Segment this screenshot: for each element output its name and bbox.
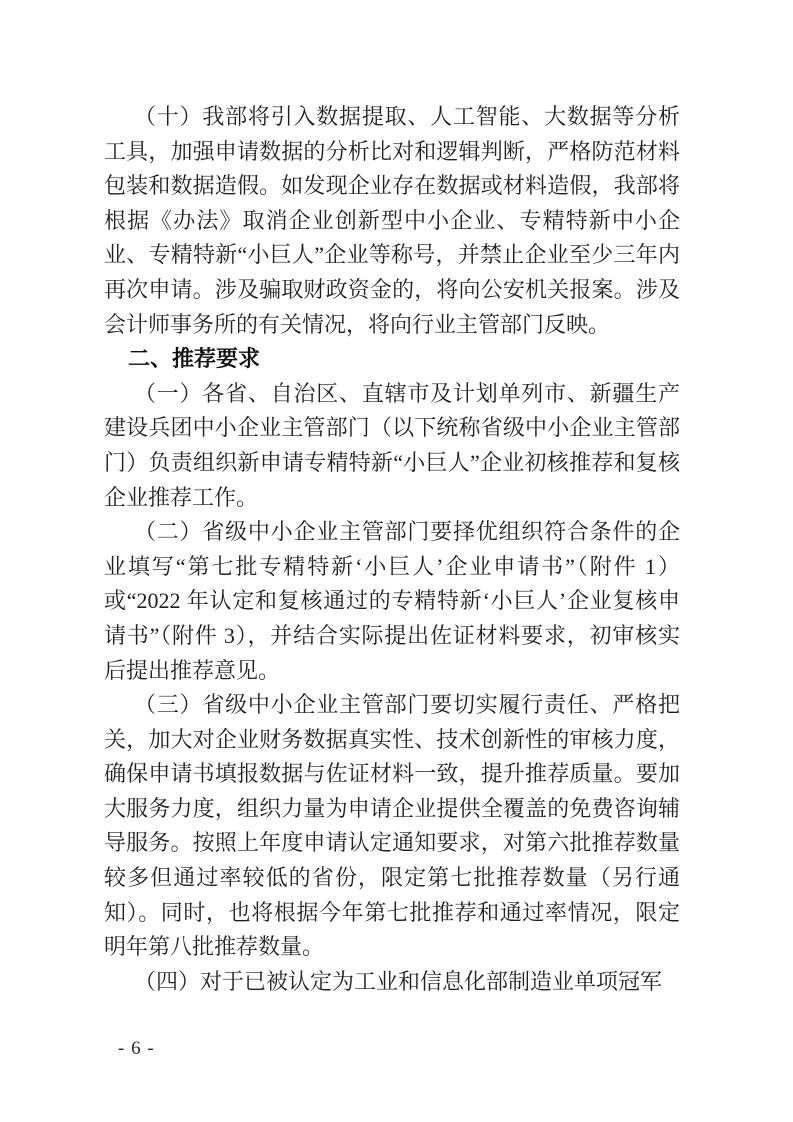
- document-body: （十）我部将引入数据提取、人工智能、大数据等分析工具，加强申请数据的分析比对和逻…: [104, 100, 680, 999]
- document-page: （十）我部将引入数据提取、人工智能、大数据等分析工具，加强申请数据的分析比对和逻…: [0, 0, 793, 1122]
- body-paragraph: （二）省级中小企业主管部门要择优组织符合条件的企业填写“第七批专精特新‘小巨人’…: [104, 515, 680, 688]
- body-paragraph: （四）对于已被认定为工业和信息化部制造业单项冠军: [104, 965, 680, 1000]
- page-number: - 6 -: [118, 1038, 155, 1060]
- body-paragraph: （一）各省、自治区、直辖市及计划单列市、新疆生产建设兵团中小企业主管部门（以下统…: [104, 377, 680, 515]
- body-paragraph: （十）我部将引入数据提取、人工智能、大数据等分析工具，加强申请数据的分析比对和逻…: [104, 100, 680, 342]
- section-heading: 二、推荐要求: [104, 342, 680, 377]
- body-paragraph: （三）省级中小企业主管部门要切实履行责任、严格把关，加大对企业财务数据真实性、技…: [104, 688, 680, 965]
